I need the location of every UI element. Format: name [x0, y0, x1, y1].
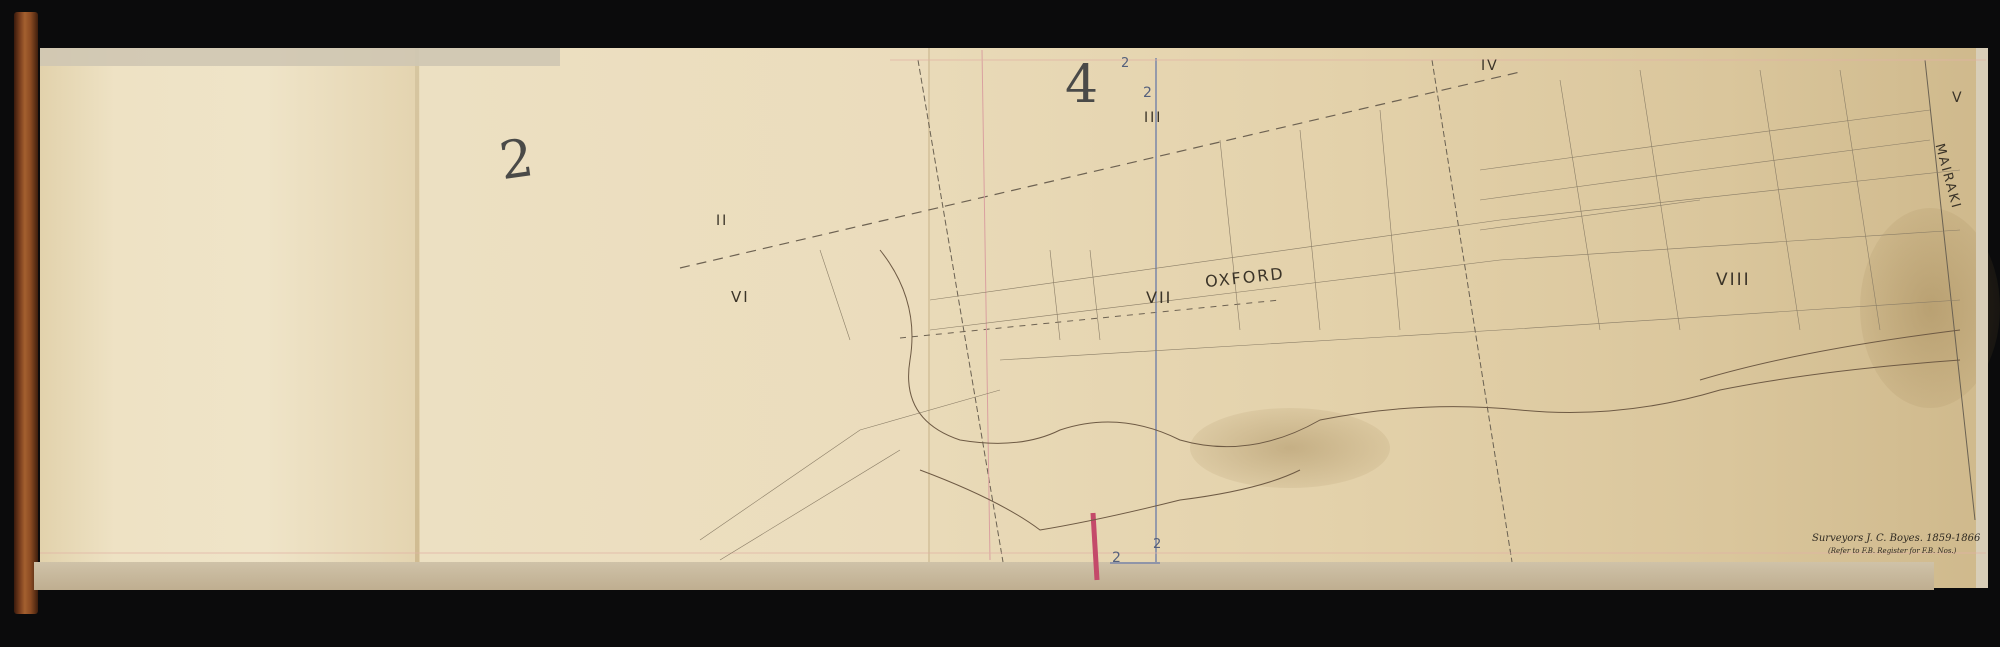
pencil-sheet-number: 4 [1065, 55, 1100, 115]
sheet-number: 2 [1112, 550, 1123, 566]
sheet-number: 2 [1153, 537, 1163, 552]
surveyor-line: Surveyors J. C. Boyes. 1859-1866 [1812, 533, 1980, 545]
block-numeral-v: V [1952, 90, 1964, 106]
block-numeral-ii: II [716, 213, 728, 229]
surveyor-note: (Refer to F.B. Register for F.B. Nos.) [1828, 545, 1980, 557]
sheet-number: 2 [1143, 85, 1154, 101]
block-numeral-iii: III [1144, 110, 1162, 126]
sheet-number: 2 [1121, 56, 1131, 71]
block-numeral-vi: VI [731, 288, 750, 306]
block-numeral-viii: VIII [1716, 270, 1751, 290]
block-numeral-iv: IV [1481, 58, 1499, 74]
block-numeral-vii: VII [1146, 288, 1172, 307]
surveyor-credit: Surveyors J. C. Boyes. 1859-1866 (Refer … [1812, 533, 1980, 557]
survey-linework [0, 0, 2000, 647]
